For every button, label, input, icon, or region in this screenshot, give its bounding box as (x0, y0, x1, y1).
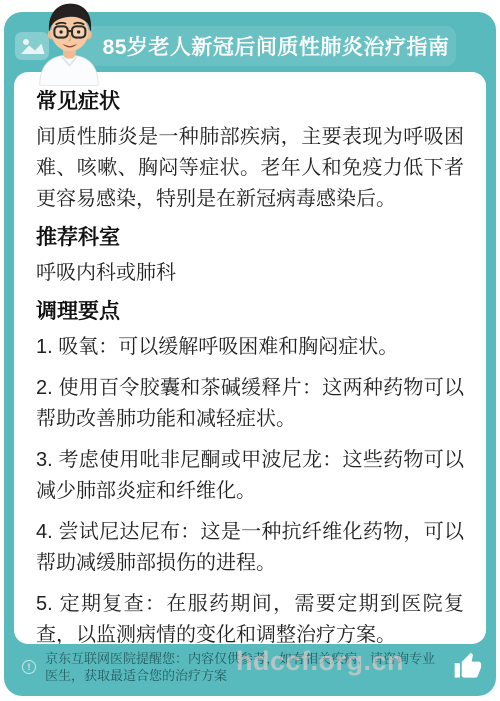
care-point-item: 3. 考虑使用吡非尼酮或甲波尼龙：这些药物可以减少肺部炎症和纤维化。 (36, 445, 464, 507)
page-title: 85岁老人新冠后间质性肺炎治疗指南 (77, 31, 450, 61)
doctor-avatar (26, 0, 112, 88)
health-guide-card: 85岁老人新冠后间质性肺炎治疗指南 (4, 12, 496, 696)
section-heading-department: 推荐科室 (36, 225, 464, 251)
disclaimer-text: 京东互联网医院提醒您：内容仅供参考，如有相关疾病，请咨询专业医生，获取最适合您的… (45, 650, 441, 685)
symptoms-text: 间质性肺炎是一种肺部疾病，主要表现为呼吸困难、咳嗽、胸闷等症状。老年人和免疫力低… (36, 122, 464, 215)
card-footer: ! 京东互联网医院提醒您：内容仅供参考，如有相关疾病，请咨询专业医生，获取最适合… (4, 644, 496, 696)
card-header: 85岁老人新冠后间质性肺炎治疗指南 (4, 12, 496, 74)
care-point-item: 1. 吸氧：可以缓解呼吸困难和胸闷症状。 (36, 332, 464, 363)
thumbs-up-icon[interactable] (452, 651, 484, 683)
info-icon: ! (22, 660, 36, 674)
guide-content: 常见症状 间质性肺炎是一种肺部疾病，主要表现为呼吸困难、咳嗽、胸闷等症状。老年人… (14, 72, 486, 644)
section-heading-care-points: 调理要点 (36, 299, 464, 325)
care-point-item: 4. 尝试尼达尼布：这是一种抗纤维化药物，可以帮助减缓肺部损伤的进程。 (36, 517, 464, 579)
section-heading-symptoms: 常见症状 (36, 89, 464, 115)
care-point-item: 5. 定期复查：在服药期间，需要定期到医院复查，以监测病情的变化和调整治疗方案。 (36, 589, 464, 644)
department-text: 呼吸内科或肺科 (36, 258, 464, 289)
title-banner: 85岁老人新冠后间质性肺炎治疗指南 (70, 26, 456, 66)
care-point-item: 2. 使用百令胶囊和茶碱缓释片：这两种药物可以帮助改善肺功能和减轻症状。 (36, 373, 464, 435)
